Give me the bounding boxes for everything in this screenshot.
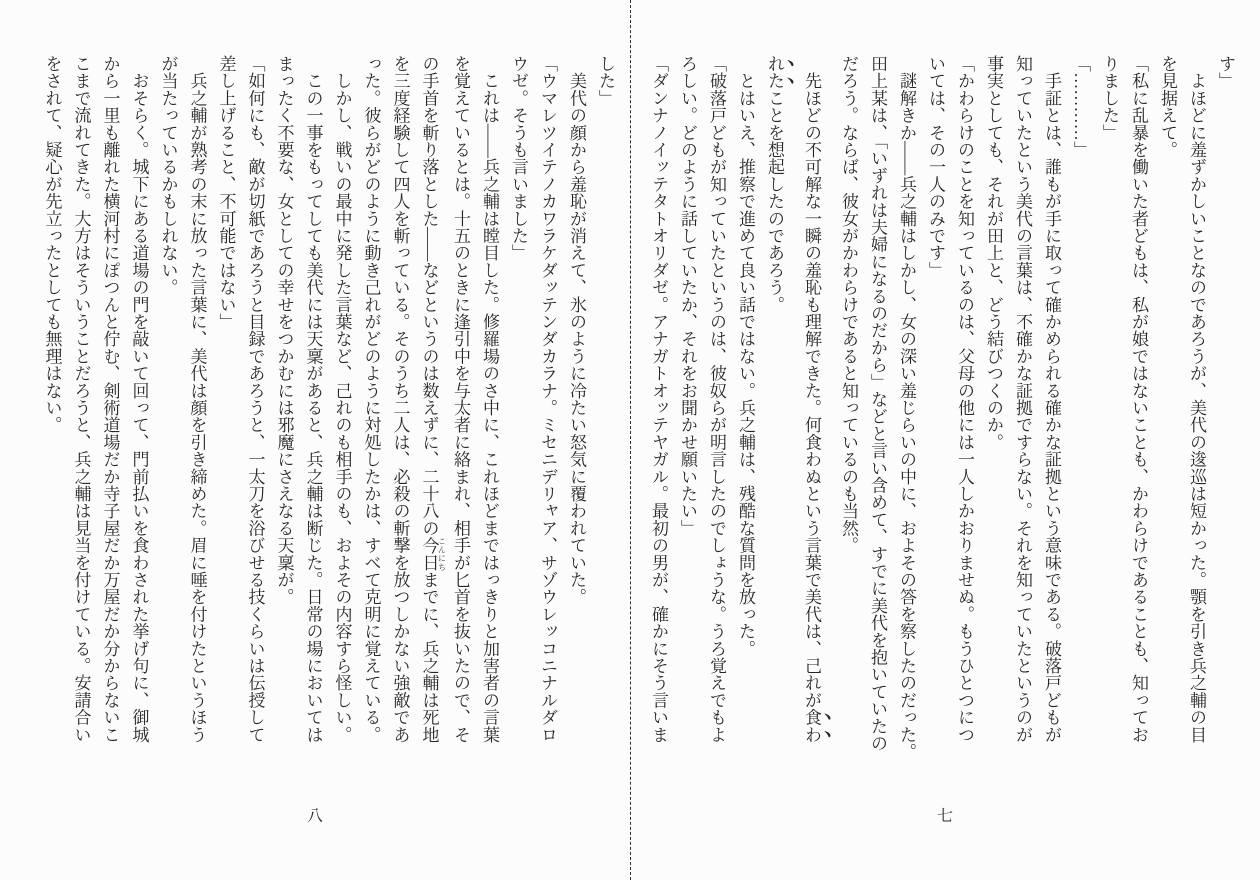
text-run: を見据えて。 <box>1158 55 1177 158</box>
text-run: 兵之輔が熟考の末に放った言葉に、美代は顔を引き締めた。眉に唾を付けたというほう <box>188 55 207 743</box>
text-column: 「私に乱暴を働いた者どもは、私が娘ではないことも、かわらけであることも、知ってお <box>1124 55 1153 755</box>
text-run: を三度経験して四人を斬っている。そのうち二人は、必殺の斬撃を放つしかない強敵であ <box>391 55 410 743</box>
text-run: まったく不要な、女としての幸せをつかむには邪魔にさえなる天稟が。 <box>275 55 294 605</box>
page-right: す」 よほどに羞ずかしいことなのであろうが、美代の逡巡は短かった。顎を引き兵之輔… <box>630 0 1260 880</box>
text-run: 「…………」 <box>1071 55 1090 158</box>
text-column: の手首を斬り落とした――などというのは数えずに、二十八の今日こんにちまでに、兵之… <box>415 55 447 755</box>
text-run: った。彼らがどのように動き己れがどのように対処したかは、すべて克明に覚えている。 <box>362 55 381 743</box>
ruby-annotated-word: 今日こんにち <box>420 537 439 571</box>
text-column: 田上某は、「いずれは夫婦になるのだから」などと言い含めて、すでに美代を抱いていた… <box>863 55 892 755</box>
text-column: から一里も離れた横河村にぽつんと佇む、剣術道場だか寺子屋だか万屋だか分からないこ <box>96 55 125 755</box>
text-column: を見据えて。 <box>1153 55 1182 755</box>
text-column: 先ほどの不可解な一瞬の羞恥も理解できた。何食わぬという言葉で美代は、己れが食わ <box>797 55 834 755</box>
text-run: 「かわらけのことを知っているのは、父母の他には一人しかおりませぬ。もうひとつにつ <box>955 55 974 743</box>
text-run: 田上某は、「いずれは夫婦になるのだから」などと言い含めて、すでに美代を抱いていた… <box>868 55 887 752</box>
text-column: 兵之輔が熟考の末に放った言葉に、美代は顔を引き締めた。眉に唾を付けたというほう <box>183 55 212 755</box>
text-column: こまで流れてきた。大方はそういうことだろうと、兵之輔は見当を付けている。安請合い <box>67 55 96 755</box>
text-run: 差し上げること、不可能ではない」 <box>217 55 236 330</box>
text-run: 「破落戸どもが知っていたというのは、彼奴らが明言したのでしょうな。うろ覚えでもよ <box>707 55 726 743</box>
text-column: 差し上げること、不可能ではない」 <box>212 55 241 755</box>
text-column: 「ウマレツイテノカワラケダッテンダカラナ。ミセニデリャア、サゾウレッコニナルダロ <box>533 55 562 755</box>
page-left-number: 八 <box>0 803 630 826</box>
text-run: この一事をもってしても美代には天稟があると、兵之輔は断じた。日常の場においては <box>304 55 323 743</box>
text-column: 事実としても、それが田上と、どう結びつくのか。 <box>979 55 1008 755</box>
text-run: ことを想起したのであろう。 <box>765 89 784 313</box>
text-run: の手首を斬り落とした――などというのは数えずに、二十八の <box>420 55 439 537</box>
text-run: 「如何にも、敵が切紙であろうと目録であろうと、一太刀を浴びせる技くらいは伝授して <box>246 55 265 743</box>
text-column: りました」 <box>1095 55 1124 755</box>
text-run: す」 <box>1216 55 1235 89</box>
text-run: りました」 <box>1100 55 1119 141</box>
text-run: こまで流れてきた。大方はそういうことだろうと、兵之輔は見当を付けている。安請合い <box>72 55 91 743</box>
text-column: を三度経験して四人を斬っている。そのうち二人は、必殺の斬撃を放つしかない強敵であ <box>386 55 415 755</box>
text-column: 「…………」 <box>1066 55 1095 755</box>
text-column: 手証とは、誰もが手に取って確かめられる確かな証拠という意味である。破落戸どもが <box>1037 55 1066 755</box>
text-column: す」 <box>1211 55 1240 755</box>
text-run: ろしい。どのように話していたか、それをお聞かせ願いたい」 <box>678 55 697 537</box>
page-right-text-block: す」 よほどに羞ずかしいことなのであろうが、美代の逡巡は短かった。顎を引き兵之輔… <box>644 55 1240 755</box>
text-run: した」 <box>596 55 615 107</box>
text-run: 事実としても、それが田上と、どう結びつくのか。 <box>984 55 1003 451</box>
text-run: ウゼ。そうも言いました」 <box>509 55 528 261</box>
text-column: が当たっているかもしれない。 <box>154 55 183 755</box>
text-column: いては、その一人のみです」 <box>921 55 950 755</box>
text-run: 「ウマレツイテノカワラケダッテンダカラナ。ミセニデリャア、サゾウレッコニナルダロ <box>538 55 557 743</box>
text-column: をされて、疑心が先立ったとしても無理はない。 <box>38 55 67 755</box>
text-column: 美代の顔から羞恥が消えて、氷のように冷たい怒気に覆われていた。 <box>562 55 591 755</box>
text-column: よほどに羞ずかしいことなのであろうが、美代の逡巡は短かった。顎を引き兵之輔の目 <box>1182 55 1211 755</box>
text-run: これは――兵之輔は瞠目した。修羅場のさ中に、これほどまではっきりと加害者の言葉 <box>480 55 499 743</box>
text-run: 手証とは、誰もが手に取って確かめられる確かな証拠という意味である。破落戸どもが <box>1042 55 1061 743</box>
text-column: おそらく。城下にある道場の門を敲いて回って、門前払いを食わされた挙げ句に、御城 <box>125 55 154 755</box>
text-column: これは――兵之輔は瞠目した。修羅場のさ中に、これほどまではっきりと加害者の言葉 <box>475 55 504 755</box>
text-column: した」 <box>591 55 620 755</box>
text-column: れたことを想起したのであろう。 <box>760 55 797 755</box>
text-column: った。彼らがどのように動き己れがどのように対処したかは、すべて克明に覚えている。 <box>357 55 386 755</box>
text-run: 「ダンナノイッテタトオリダゼ。アナガトオッテヤガル。最初の男が、確かにそう言いま <box>649 55 668 743</box>
text-column: を覚えているとは。十五のときに逢引中を与太者に絡まれ、相手が匕首を抜いたので、そ <box>446 55 475 755</box>
text-column: 「かわらけのことを知っているのは、父母の他には一人しかおりませぬ。もうひとつにつ <box>950 55 979 755</box>
text-column: まったく不要な、女としての幸せをつかむには邪魔にさえなる天稟が。 <box>270 55 299 755</box>
text-run: いては、その一人のみです」 <box>926 55 945 279</box>
page-left: した」 美代の顔から羞恥が消えて、氷のように冷たい怒気に覆われていた。「ウマレツ… <box>0 0 630 880</box>
emphasized-text: れた <box>765 55 784 89</box>
text-column: この一事をもってしても美代には天稟があると、兵之輔は断じた。日常の場においては <box>299 55 328 755</box>
text-column: 謎解きか――兵之輔はしかし、女の深い羞じらいの中に、およその答を察したのだった。 <box>892 55 921 755</box>
text-run: 知っていたという美代の言葉は、不確かな証拠ですらない。それを知っていたというのが <box>1013 55 1032 743</box>
text-run: 謎解きか――兵之輔はしかし、女の深い羞じらいの中に、およその答を察したのだった。 <box>897 55 916 760</box>
text-column: だろう。ならば、彼女がかわらけであると知っているのも当然。 <box>834 55 863 755</box>
book-spread: した」 美代の顔から羞恥が消えて、氷のように冷たい怒気に覆われていた。「ウマレツ… <box>0 0 1260 880</box>
text-run: をされて、疑心が先立ったとしても無理はない。 <box>43 55 62 433</box>
text-column: 「ダンナノイッテタトオリダゼ。アナガトオッテヤガル。最初の男が、確かにそう言いま <box>644 55 673 755</box>
text-run: を覚えているとは。十五のときに逢引中を与太者に絡まれ、相手が匕首を抜いたので、そ <box>451 55 470 743</box>
text-column: 「如何にも、敵が切紙であろうと目録であろうと、一太刀を浴びせる技くらいは伝授して <box>241 55 270 755</box>
text-column: ウゼ。そうも言いました」 <box>504 55 533 755</box>
text-run: とはいえ、推察で進めて良い話ではない。兵之輔は、残酷な質問を放った。 <box>736 55 755 657</box>
page-left-text-block: した」 美代の顔から羞恥が消えて、氷のように冷たい怒気に覆われていた。「ウマレツ… <box>38 55 621 755</box>
text-run: が当たっているかもしれない。 <box>159 55 178 296</box>
text-run: までに、兵之輔は死地 <box>420 571 439 743</box>
text-run: 「私に乱暴を働いた者どもは、私が娘ではないことも、かわらけであることも、知ってお <box>1129 55 1148 743</box>
text-column: 「破落戸どもが知っていたというのは、彼奴らが明言したのでしょうな。うろ覚えでもよ <box>702 55 731 755</box>
text-run: しかし、戦いの最中に発した言葉など、己れのも相手のも、およその内容すら怪しい。 <box>333 55 352 743</box>
text-column: ろしい。どのように話していたか、それをお聞かせ願いたい」 <box>673 55 702 755</box>
text-run: 美代の顔から羞恥が消えて、氷のように冷たい怒気に覆われていた。 <box>567 55 586 605</box>
page-right-number: 七 <box>630 803 1260 826</box>
text-run: よほどに羞ずかしいことなのであろうが、美代の逡巡は短かった。顎を引き兵之輔の目 <box>1187 55 1206 743</box>
text-column: しかし、戦いの最中に発した言葉など、己れのも相手のも、およその内容すら怪しい。 <box>328 55 357 755</box>
text-run: 先ほどの不可解な一瞬の羞恥も理解できた。何食わぬという言葉で美代は、己れが <box>802 55 821 709</box>
emphasized-text: 食わ <box>802 709 821 743</box>
text-column: とはいえ、推察で進めて良い話ではない。兵之輔は、残酷な質問を放った。 <box>731 55 760 755</box>
text-column: 知っていたという美代の言葉は、不確かな証拠ですらない。それを知っていたというのが <box>1008 55 1037 755</box>
text-run: だろう。ならば、彼女がかわらけであると知っているのも当然。 <box>839 55 858 554</box>
text-run: おそらく。城下にある道場の門を敲いて回って、門前払いを食わされた挙げ句に、御城 <box>130 55 149 743</box>
text-run: から一里も離れた横河村にぽつんと佇む、剣術道場だか寺子屋だか万屋だか分からないこ <box>101 55 120 743</box>
